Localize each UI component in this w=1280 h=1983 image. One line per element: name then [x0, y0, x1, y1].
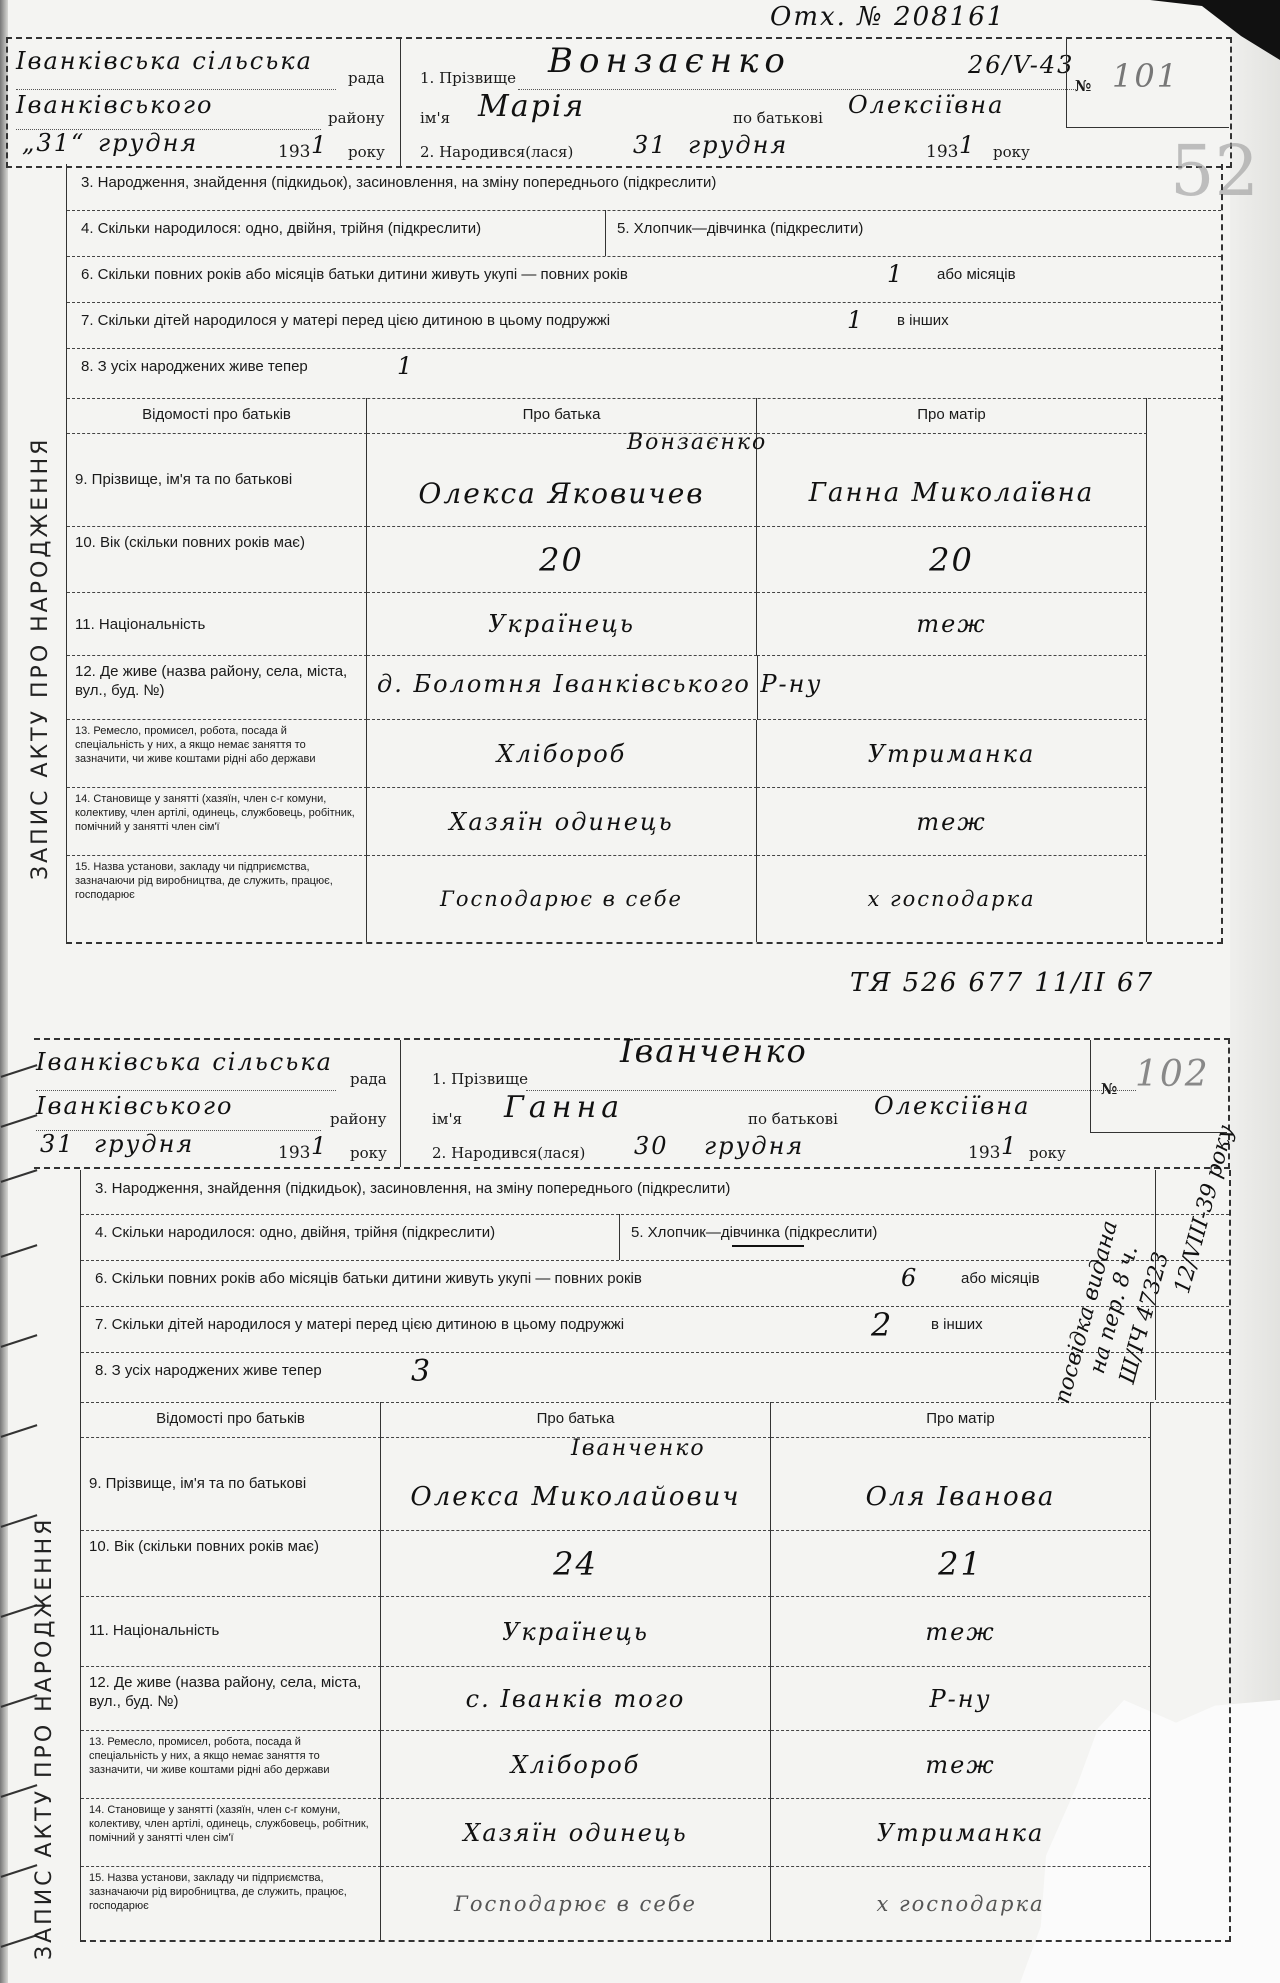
- mother-name-cell-2: Оля Іванова: [771, 1438, 1151, 1531]
- q4-q5-row: 4. Скільки народилося: одно, двійня, трі…: [67, 210, 1221, 257]
- q8-label-2: 8. З усіх народжених живе тепер: [95, 1362, 322, 1379]
- q7-row: 7. Скільки дітей народилося у матері пер…: [67, 302, 1221, 349]
- first-name-label-2: ім'я: [432, 1110, 462, 1128]
- q10-label: 10. Вік (скільки повних років має): [67, 527, 367, 593]
- q3-row-2: 3. Народження, знайдення (підкидьок), за…: [81, 1170, 1229, 1215]
- birth-year-digit-2: 1: [1001, 1132, 1018, 1160]
- father-age-cell-2: 24: [381, 1531, 771, 1597]
- mother-residence-cell-2: Р-ну: [771, 1667, 1151, 1731]
- father-workplace: Господарює в себе: [440, 887, 683, 911]
- father-workplace-cell-2: Господарює в себе: [381, 1867, 771, 1940]
- mother-position-cell: теж: [757, 788, 1147, 856]
- number-sign: №: [1075, 77, 1091, 95]
- father-nationality: Українець: [488, 610, 635, 638]
- q14-label-2: 14. Становище у занятті (хазяїн, член с-…: [81, 1799, 381, 1867]
- father-workplace-cell: Господарює в себе: [367, 856, 757, 942]
- mother-surname-above: Вонзаєнко: [627, 430, 767, 455]
- record-number-box-2: № 102: [1090, 1040, 1227, 1133]
- surname-note: 26/V-43: [968, 51, 1074, 79]
- q8-value: 1: [397, 352, 414, 380]
- council-label-2: рада: [350, 1070, 387, 1088]
- mother-occupation-cell: Утриманка: [757, 720, 1147, 788]
- residence-divider: [757, 656, 758, 720]
- q10-label-2: 10. Вік (скільки повних років має): [81, 1531, 381, 1597]
- q6-years-value: 1: [887, 260, 904, 288]
- margin-note-divider: [1155, 1170, 1156, 1400]
- q4-q5-row-2: 4. Скільки народилося: одно, двійня, трі…: [81, 1214, 1229, 1261]
- q8-row: 8. З усіх народжених живе тепер 1: [67, 348, 1221, 399]
- record-2-body: 3. Народження, знайдення (підкидьок), за…: [80, 1170, 1231, 1942]
- q7-label: 7. Скільки дітей народилося у матері пер…: [81, 312, 610, 329]
- district-label: району: [328, 109, 384, 127]
- patronymic-value: Олексіївна: [848, 91, 1004, 119]
- record-1-top-annotation: Отх. № 208161: [770, 2, 1005, 32]
- father-nationality-cell-2: Українець: [381, 1597, 771, 1667]
- mother-occupation-cell-2: теж: [771, 1731, 1151, 1799]
- father-header-2: Про батька: [381, 1402, 771, 1438]
- surname-value: Вонзаєнко: [548, 41, 791, 81]
- q13-label-2: 13. Ремесло, промисел, робота, посада й …: [81, 1731, 381, 1799]
- q3-label: 3. Народження, знайдення (підкидьок), за…: [81, 174, 716, 191]
- number-sign-2: №: [1101, 1080, 1117, 1098]
- mother-name-2: Оля Іванова: [866, 1482, 1056, 1512]
- q3-row: 3. Народження, знайдення (підкидьок), за…: [67, 164, 1221, 211]
- q3-label-2: 3. Народження, знайдення (підкидьок), за…: [95, 1180, 730, 1197]
- q15-label: 15. Назва установи, закладу чи підприємс…: [67, 856, 367, 942]
- q9-label-2: 9. Прізвище, ім'я та по батькові: [81, 1438, 381, 1531]
- father-position-cell-2: Хазяїн одинець: [381, 1799, 771, 1867]
- q7-label-2: 7. Скільки дітей народилося у матері пер…: [95, 1316, 624, 1333]
- record-2-top-annotation: ТЯ 526 677 11/II 67: [850, 968, 1154, 998]
- father-workplace-2: Господарює в себе: [454, 1892, 697, 1916]
- mother-header-2: Про матір: [771, 1402, 1151, 1438]
- q5-label: 5. Хлопчик—дівчинка (підкреслити): [617, 220, 863, 237]
- mother-position: теж: [916, 808, 986, 836]
- birth-year-label: року: [993, 143, 1030, 161]
- mother-nationality-cell-2: теж: [771, 1597, 1151, 1667]
- father-age-cell: 20: [367, 527, 757, 593]
- mother-age-cell: 20: [757, 527, 1147, 593]
- father-header: Про батька: [367, 398, 757, 434]
- birth-day: 31: [633, 131, 668, 159]
- record-number-2: 102: [1135, 1054, 1210, 1095]
- father-name-2: Олекса Миколайович: [410, 1482, 740, 1512]
- parents-table: Відомості про батьків Про батька Про мат…: [67, 398, 1221, 942]
- parents-table-2: Відомості про батьків Про батька Про мат…: [81, 1402, 1229, 1940]
- q5-underline-girl: [732, 1245, 804, 1247]
- father-residence-2: с. Іванків того: [466, 1685, 686, 1713]
- council-label: рада: [348, 69, 385, 87]
- mother-workplace-cell: х господарка: [757, 856, 1147, 942]
- first-name-value-2: Ганна: [504, 1090, 624, 1125]
- birth-year-prefix-2: 193: [968, 1143, 1000, 1163]
- council-line: [16, 89, 336, 90]
- district-label-2: району: [330, 1110, 386, 1128]
- father-occupation-cell-2: Хлібороб: [381, 1731, 771, 1799]
- father-residence: д. Болотня Іванківського Р-ну: [377, 670, 822, 698]
- q6-months-label-2: або місяців: [961, 1270, 1040, 1287]
- record-1-header: Іванківська сільська рада Іванківського …: [6, 37, 1232, 168]
- mother-position-cell-2: Утриманка: [771, 1799, 1151, 1867]
- birth-day-2: 30: [634, 1132, 669, 1160]
- record-1-body: 3. Народження, знайдення (підкидьок), за…: [66, 164, 1223, 944]
- reg-year-label: року: [348, 143, 385, 161]
- q4-q5-divider-2: [619, 1214, 620, 1260]
- mother-workplace: х господарка: [867, 887, 1035, 911]
- mother-position-2: Утриманка: [877, 1819, 1045, 1847]
- q9-label: 9. Прізвище, ім'я та по батькові: [67, 434, 367, 527]
- record-1-side-title: ЗАПИС АКТУ ПРО НАРОДЖЕННЯ: [28, 260, 53, 880]
- father-age-2: 24: [553, 1545, 598, 1583]
- father-residence-cell-2: с. Іванків того: [381, 1667, 771, 1731]
- reg-day-2: 31: [40, 1130, 75, 1158]
- q12-label-2: 12. Де живе (назва району, села, міста, …: [81, 1667, 381, 1731]
- mother-workplace-2: х господарка: [876, 1892, 1044, 1916]
- father-position-cell: Хазяїн одинець: [367, 788, 757, 856]
- district-value: Іванківського: [16, 91, 213, 119]
- q4-q5-divider: [605, 210, 606, 256]
- reg-year-digit: 1: [311, 131, 328, 159]
- q7-other-label: в інших: [897, 312, 949, 329]
- council-line-2: [36, 1090, 336, 1091]
- q6-months-label: або місяців: [937, 266, 1016, 283]
- q5-label-2: 5. Хлопчик—дівчинка (підкреслити): [631, 1224, 877, 1241]
- mother-age: 20: [929, 541, 974, 579]
- q6-label: 6. Скільки повних років або місяців бать…: [81, 266, 628, 283]
- patronymic-label: по батькові: [733, 109, 823, 127]
- father-nationality-2: Українець: [502, 1618, 649, 1646]
- surname-label: 1. Прізвище: [420, 69, 516, 87]
- reg-month-2: грудня: [94, 1130, 194, 1158]
- council-value-2: Іванківська сільська: [36, 1048, 333, 1076]
- reg-month: грудня: [98, 129, 198, 157]
- father-position-2: Хазяїн одинець: [463, 1819, 687, 1847]
- reg-year-digit-2: 1: [311, 1132, 328, 1160]
- first-name-value: Марія: [478, 89, 585, 124]
- record-number-box: № 101: [1066, 39, 1229, 128]
- mother-name-cell: Ганна Миколаївна: [757, 434, 1147, 527]
- record-2-header: Іванківська сільська рада Іванківського …: [34, 1038, 1230, 1169]
- q6-years-value-2: 6: [901, 1264, 918, 1292]
- birth-record-1: Отх. № 208161 Іванківська сільська рада …: [0, 0, 1280, 960]
- q11-label-2: 11. Національність: [81, 1597, 381, 1667]
- mother-age-2: 21: [938, 1545, 983, 1583]
- q15-label-2: 15. Назва установи, закладу чи підприємс…: [81, 1867, 381, 1940]
- mother-nationality-2: теж: [925, 1618, 995, 1646]
- mother-name: Ганна Миколаївна: [809, 478, 1094, 508]
- father-position: Хазяїн одинець: [449, 808, 673, 836]
- birth-record-2: ТЯ 526 677 11/II 67 Іванківська сільська…: [0, 960, 1280, 1983]
- mother-occupation-2: теж: [925, 1751, 995, 1779]
- father-occupation-2: Хлібороб: [511, 1751, 641, 1779]
- reg-day: „31“: [22, 129, 85, 157]
- q8-label: 8. З усіх народжених живе тепер: [81, 358, 308, 375]
- q7-row-2: 7. Скільки дітей народилося у матері пер…: [81, 1306, 1229, 1353]
- surname-value-2: Іванченко: [620, 1032, 808, 1070]
- born-label-2: 2. Народився(лася): [432, 1144, 585, 1162]
- q13-label: 13. Ремесло, промисел, робота, посада й …: [67, 720, 367, 788]
- mother-nationality: теж: [916, 610, 986, 638]
- father-occupation: Хлібороб: [497, 740, 627, 768]
- registry-office-block: Іванківська сільська рада Іванківського …: [8, 39, 401, 166]
- birth-year-prefix: 193: [926, 142, 958, 162]
- q4-label-2: 4. Скільки народилося: одно, двійня, трі…: [95, 1224, 495, 1241]
- patronymic-value-2: Олексіївна: [874, 1092, 1030, 1120]
- reg-year-label-2: року: [350, 1144, 387, 1162]
- reg-year-prefix: 193: [278, 142, 310, 162]
- father-age: 20: [539, 541, 584, 579]
- record-2-side-title: ЗАПИС АКТУ ПРО НАРОДЖЕННЯ: [32, 1290, 57, 1960]
- q4-label: 4. Скільки народилося: одно, двійня, трі…: [81, 220, 481, 237]
- mother-age-cell-2: 21: [771, 1531, 1151, 1597]
- surname-label-2: 1. Прізвище: [432, 1070, 528, 1088]
- district-value-2: Іванківського: [36, 1092, 233, 1120]
- q8-value-2: 3: [411, 1354, 432, 1389]
- father-surname-above-2: Іванченко: [571, 1436, 706, 1461]
- q6-row-2: 6. Скільки повних років або місяців бать…: [81, 1260, 1229, 1307]
- q12-label: 12. Де живе (назва району, села, міста, …: [67, 656, 367, 720]
- q6-label-2: 6. Скільки повних років або місяців бать…: [95, 1270, 642, 1287]
- q7-value: 1: [847, 306, 864, 334]
- parents-header: Відомості про батьків: [67, 398, 367, 434]
- birth-month: грудня: [688, 131, 788, 159]
- father-nationality-cell: Українець: [367, 593, 757, 656]
- q7-other-label-2: в інших: [931, 1316, 983, 1333]
- mother-occupation: Утриманка: [868, 740, 1036, 768]
- mother-nationality-cell: теж: [757, 593, 1147, 656]
- mother-workplace-cell-2: х господарка: [771, 1867, 1151, 1940]
- born-label: 2. Народився(лася): [420, 143, 573, 161]
- reg-year-prefix-2: 193: [278, 1143, 310, 1163]
- mother-header: Про матір: [757, 398, 1147, 434]
- birth-year-label-2: року: [1029, 1144, 1066, 1162]
- q6-row: 6. Скільки повних років або місяців бать…: [67, 256, 1221, 303]
- q7-value-2: 2: [871, 1306, 893, 1344]
- father-occupation-cell: Хлібороб: [367, 720, 757, 788]
- q11-label: 11. Національність: [67, 593, 367, 656]
- council-value: Іванківська сільська: [16, 47, 313, 75]
- mother-residence-2: Р-ну: [930, 1685, 992, 1713]
- registry-office-block-2: Іванківська сільська рада Іванківського …: [34, 1040, 401, 1167]
- surname-line: [518, 89, 1078, 90]
- record-number: 101: [1112, 57, 1179, 95]
- first-name-label: ім'я: [420, 109, 450, 127]
- father-name: Олекса Яковичев: [418, 477, 704, 510]
- patronymic-label-2: по батькові: [748, 1110, 838, 1128]
- birth-year-digit: 1: [959, 131, 976, 159]
- birth-month-2: грудня: [704, 1132, 804, 1160]
- q14-label: 14. Становище у занятті (хазяїн, член с-…: [67, 788, 367, 856]
- parents-header-2: Відомості про батьків: [81, 1402, 381, 1438]
